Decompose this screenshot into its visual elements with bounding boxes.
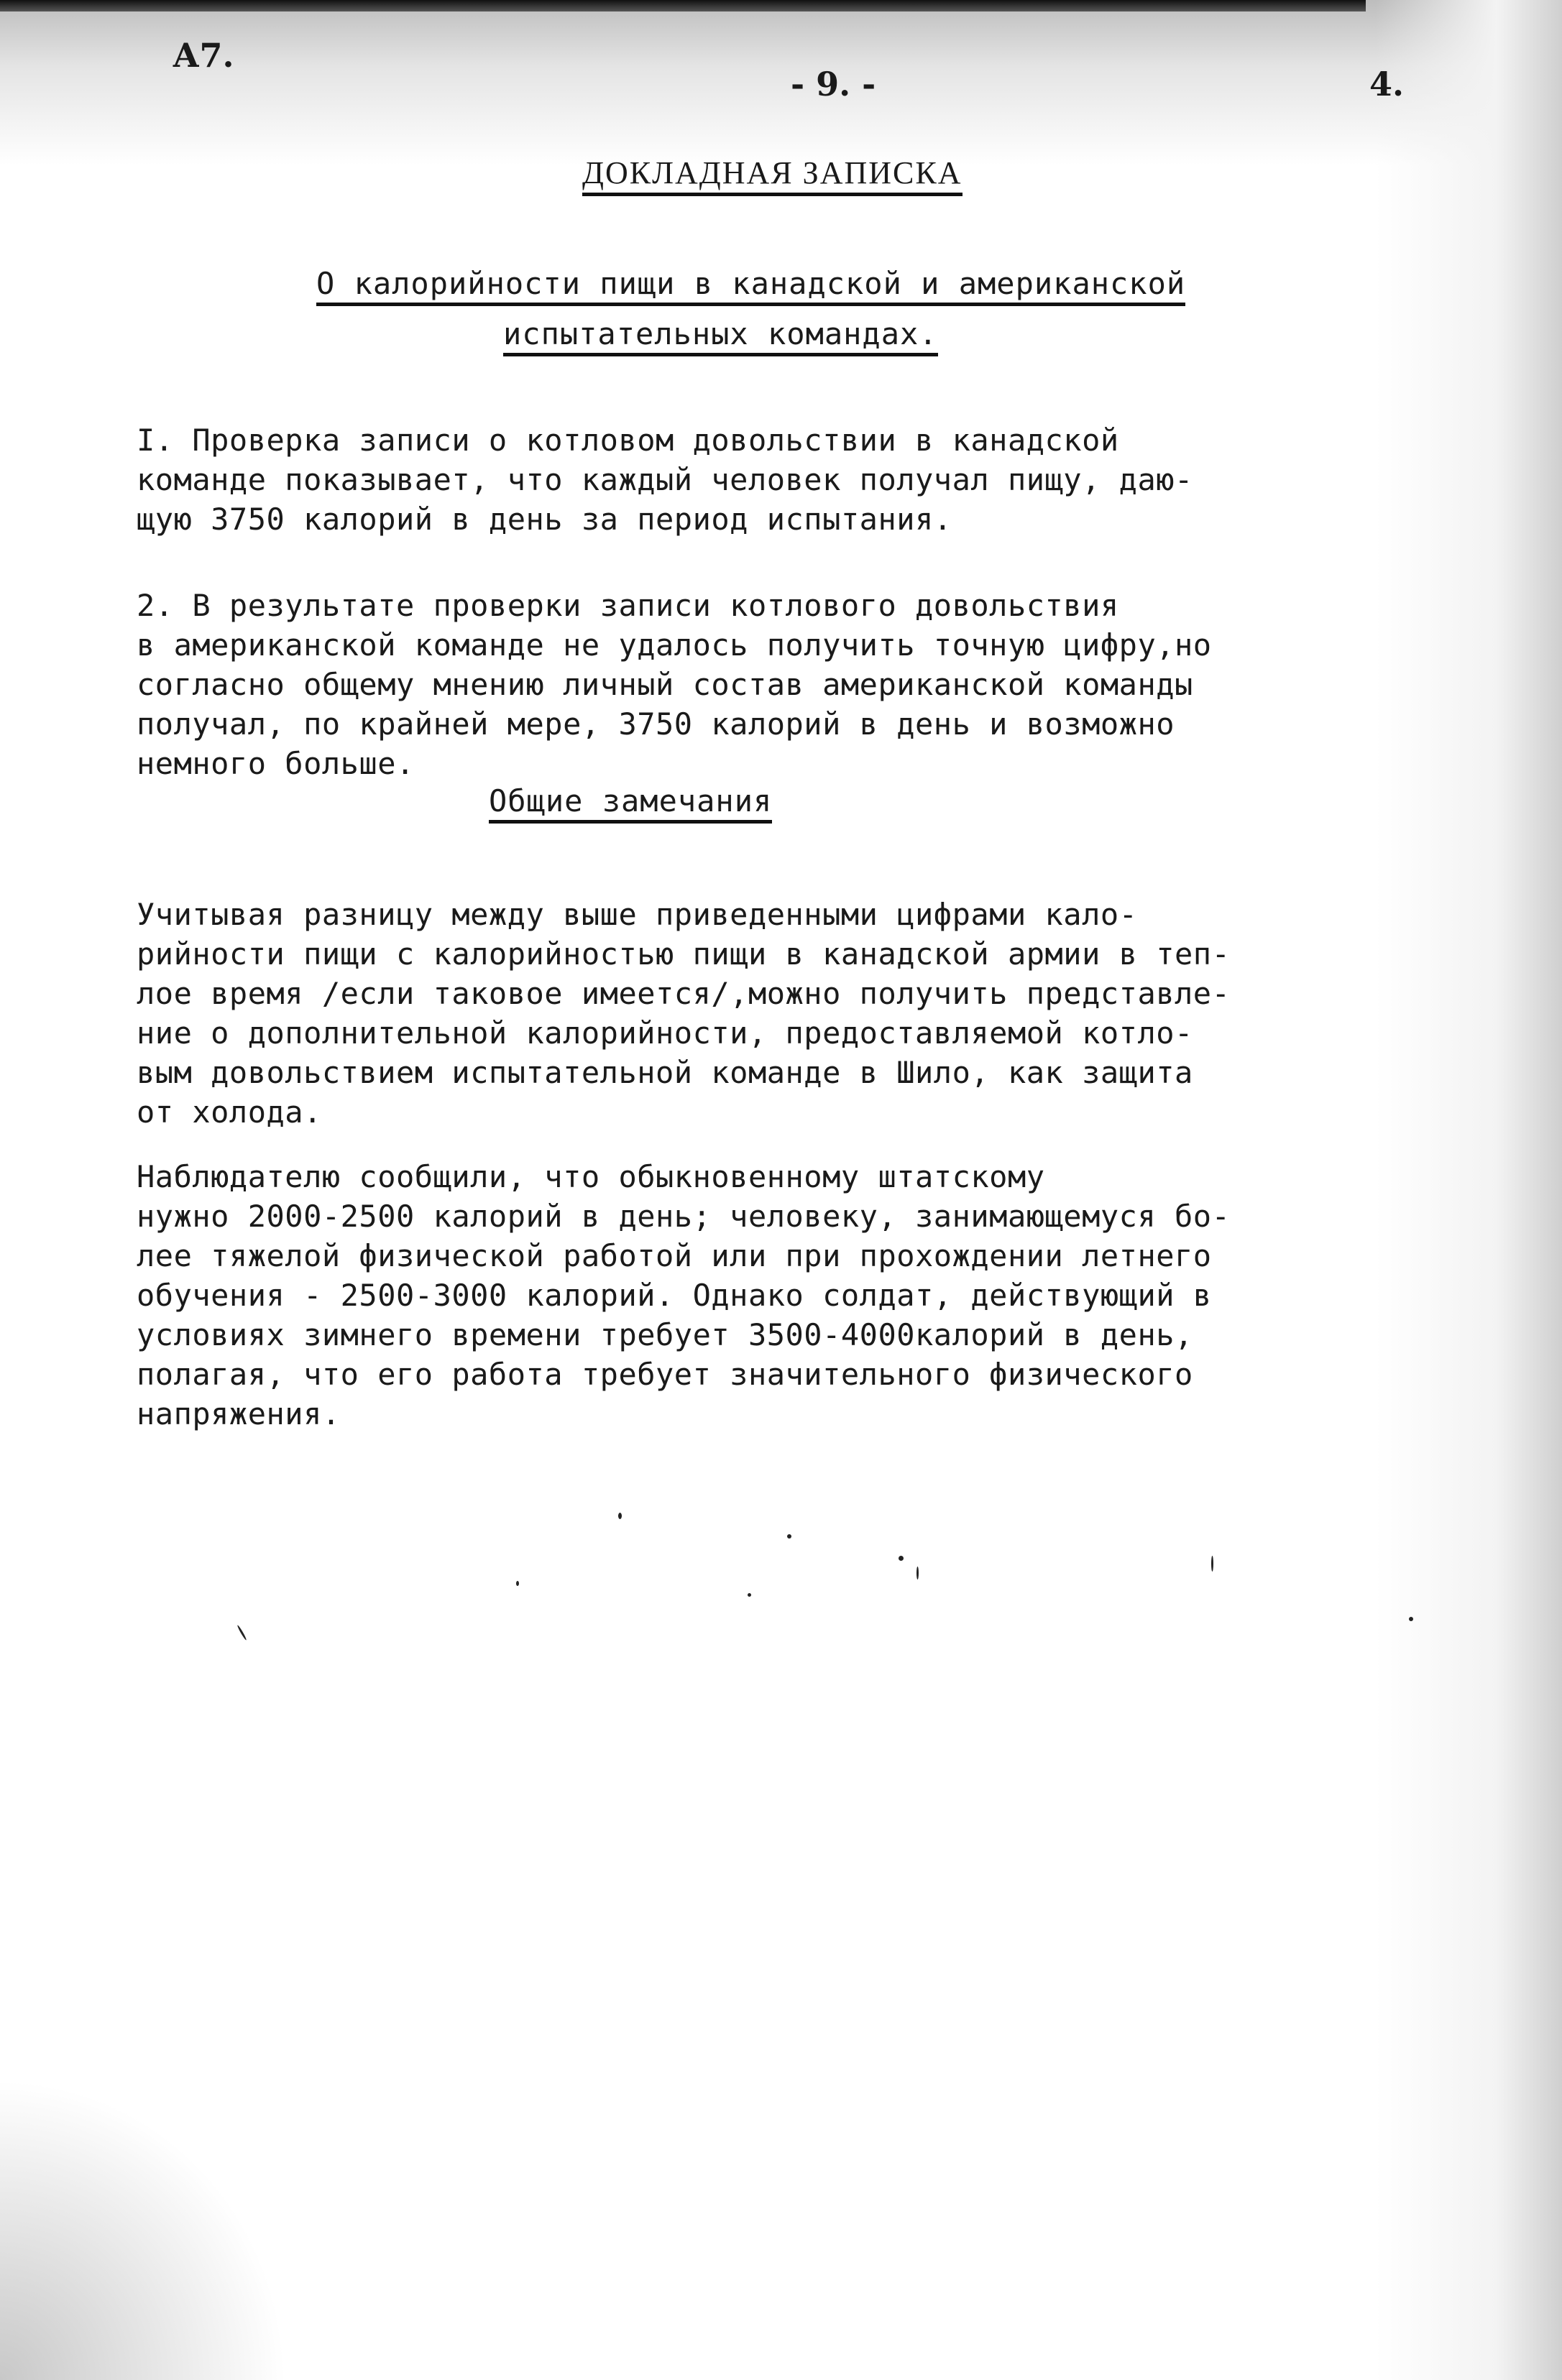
scan-speck [916, 1567, 919, 1579]
scan-speck [516, 1581, 519, 1586]
point-1: I. Проверка записи о котловом довольстви… [137, 420, 1538, 539]
scan-speck [748, 1593, 751, 1597]
archive-mark: А7. [173, 36, 234, 75]
document-subtitle-line2: испытательных командах. [503, 316, 938, 356]
scan-speck [1409, 1617, 1413, 1621]
scan-speck [787, 1534, 791, 1539]
scan-speck [899, 1556, 904, 1561]
scan-speck [236, 1625, 247, 1641]
document-subtitle-line1: О калорийности пищи в канадской и америк… [316, 266, 1185, 306]
document-page: А7. - 9. - 4. ДОКЛАДНАЯ ЗАПИСКА О калори… [0, 0, 1562, 2380]
point-2: 2. В результате проверки записи котловог… [137, 586, 1538, 783]
paragraph-2: Наблюдателю сообщили, что обыкновенному … [137, 1157, 1538, 1434]
scan-speck [1211, 1556, 1213, 1572]
scan-speck [618, 1513, 622, 1519]
sheet-number: 4. [1369, 65, 1404, 103]
section-heading: Общие замечания [489, 783, 772, 824]
paragraph-1: Учитывая разницу между выше приведенными… [137, 895, 1538, 1132]
document-title: ДОКЛАДНАЯ ЗАПИСКА [582, 154, 963, 196]
page-number: - 9. - [791, 65, 876, 103]
